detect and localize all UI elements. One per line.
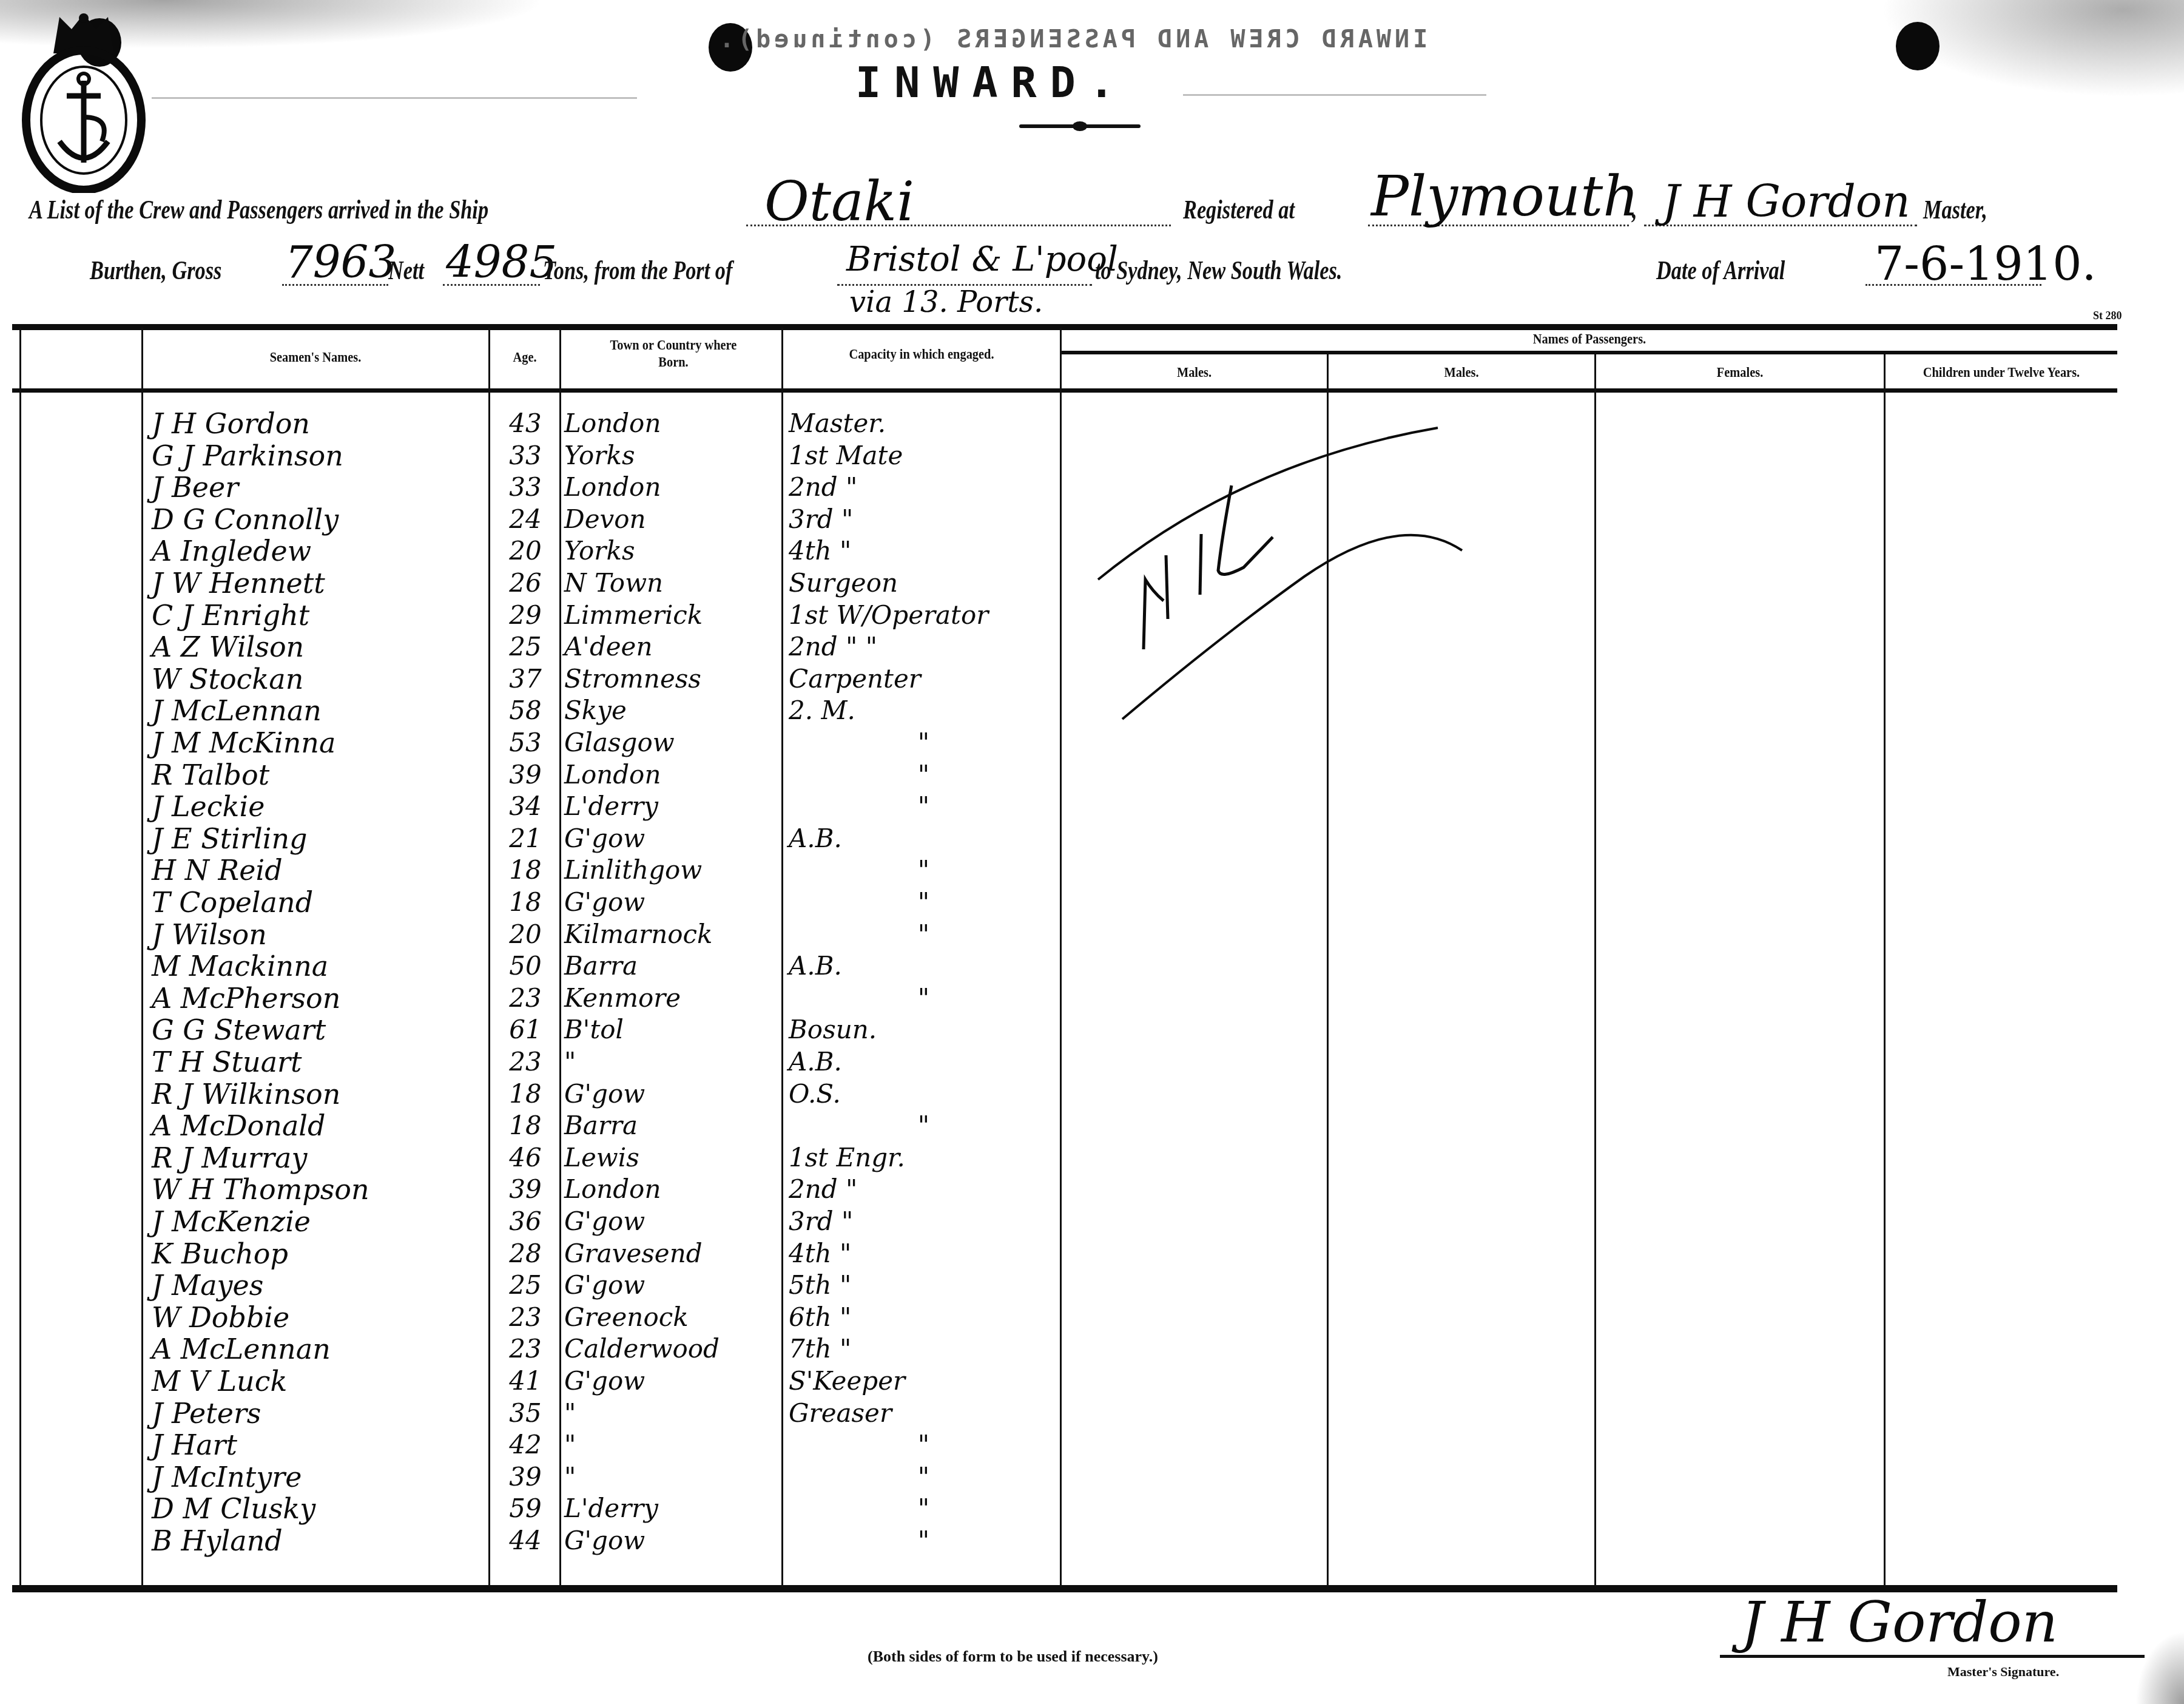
crew-birthplace: London — [564, 759, 780, 791]
crew-capacity: " — [789, 727, 1059, 759]
crew-age: 43 — [493, 408, 558, 439]
crew-age: 35 — [493, 1398, 558, 1429]
header-names-of-passengers: Names of Passengers. — [1141, 331, 2038, 348]
crew-capacity: " — [789, 759, 1059, 791]
crew-name: J M McKinna — [152, 727, 491, 759]
ghost-rule — [152, 97, 637, 99]
destination-label: to Sydney, New South Wales. — [1095, 255, 1342, 286]
crew-name: M Mackinna — [152, 950, 491, 982]
crew-age: 42 — [493, 1429, 558, 1461]
crew-name: J Leckie — [152, 791, 491, 822]
crew-capacity: 2. M. — [789, 695, 1059, 726]
crew-birthplace: Kilmarnock — [564, 919, 780, 950]
crew-name: K Buchop — [152, 1238, 491, 1270]
crew-name: R J Wilkinson — [152, 1078, 491, 1110]
crew-age: 44 — [493, 1525, 558, 1557]
crew-capacity: O.S. — [789, 1078, 1059, 1110]
crew-name: M V Luck — [152, 1365, 491, 1397]
crew-name: J E Stirling — [152, 823, 491, 854]
crew-capacity: " — [789, 1429, 1059, 1461]
crew-capacity: " — [789, 791, 1059, 822]
table-row: J Mayes25G'gow5th " — [0, 1270, 2184, 1301]
arrival-label: Date of Arrival — [1656, 255, 1785, 286]
crew-capacity: 6th " — [789, 1302, 1059, 1333]
arrival-date: 7-6-1910. — [1875, 237, 2097, 291]
crew-capacity: " — [789, 982, 1059, 1014]
crew-name: J McLennan — [152, 695, 491, 726]
crew-capacity: " — [789, 887, 1059, 918]
header-females: Females. — [1618, 364, 1862, 381]
crew-capacity: " — [789, 1461, 1059, 1493]
crew-age: 39 — [493, 1461, 558, 1493]
crew-name: J H Gordon — [152, 408, 491, 439]
crew-age: 33 — [493, 440, 558, 472]
crew-capacity: 2nd " " — [789, 631, 1059, 663]
crew-capacity: " — [789, 1525, 1059, 1557]
crew-age: 36 — [493, 1206, 558, 1237]
crew-birthplace: L'derry — [564, 791, 780, 822]
crew-capacity: S'Keeper — [789, 1365, 1059, 1397]
crew-birthplace: L'derry — [564, 1493, 780, 1524]
crew-age: 34 — [493, 791, 558, 822]
crew-age: 23 — [493, 1046, 558, 1078]
crew-age: 24 — [493, 504, 558, 535]
crew-birthplace: " — [564, 1398, 780, 1429]
crew-birthplace: G'gow — [564, 823, 780, 854]
header-males-2: Males. — [1349, 364, 1574, 381]
crew-capacity: 2nd " — [789, 472, 1059, 503]
table-header-rule — [12, 388, 2117, 393]
table-row: T H Stuart23"A.B. — [0, 1046, 2184, 1078]
crew-name: J Mayes — [152, 1270, 491, 1301]
crew-capacity: 2nd " — [789, 1174, 1059, 1205]
crew-age: 39 — [493, 759, 558, 791]
crew-name: T H Stuart — [152, 1046, 491, 1078]
header-age: Age. — [496, 349, 554, 366]
crew-age: 18 — [493, 854, 558, 886]
crew-birthplace: A'deen — [564, 631, 780, 663]
tons-port-label: Tons, from the Port of — [543, 255, 732, 286]
crew-birthplace: London — [564, 1174, 780, 1205]
ship-name: Otaki — [764, 170, 914, 234]
title-ornament-rule — [1019, 124, 1141, 128]
crew-birthplace: Yorks — [564, 535, 780, 567]
crew-age: 25 — [493, 631, 558, 663]
crew-capacity: " — [789, 854, 1059, 886]
crew-birthplace: G'gow — [564, 1206, 780, 1237]
crew-name: R Talbot — [152, 759, 491, 791]
table-top-rule — [12, 324, 2117, 330]
nett-tonnage: 4985 — [446, 237, 557, 288]
table-row: J McIntyre39"" — [0, 1461, 2184, 1493]
crew-name: A McDonald — [152, 1110, 491, 1141]
crew-capacity: 1st Mate — [789, 440, 1059, 472]
crew-age: 28 — [493, 1238, 558, 1270]
crew-birthplace: London — [564, 408, 780, 439]
registered-label: Registered at — [1183, 194, 1295, 225]
crew-name: C J Enright — [152, 600, 491, 631]
table-row: A McDonald18Barra" — [0, 1110, 2184, 1141]
ghost-rule — [1183, 94, 1486, 96]
crew-birthplace: " — [564, 1429, 780, 1461]
crew-birthplace: Kenmore — [564, 982, 780, 1014]
crew-birthplace: Devon — [564, 504, 780, 535]
nett-label: Nett — [388, 255, 424, 286]
crew-name: H N Reid — [152, 854, 491, 886]
crew-birthplace: G'gow — [564, 1365, 780, 1397]
crew-capacity: A.B. — [789, 823, 1059, 854]
table-row: D M Clusky59L'derry" — [0, 1493, 2184, 1524]
crew-capacity: " — [789, 1493, 1059, 1524]
crew-name: G J Parkinson — [152, 440, 491, 472]
table-row: R J Murray46Lewis1st Engr. — [0, 1142, 2184, 1174]
crew-name: J Beer — [152, 472, 491, 503]
crew-birthplace: Yorks — [564, 440, 780, 472]
bleed-through-heading: INWARD CREW AND PASSENGERS (continued). — [716, 25, 1427, 53]
crew-age: 18 — [493, 1078, 558, 1110]
crew-name: J Hart — [152, 1429, 491, 1461]
crew-name: A Z Wilson — [152, 631, 491, 663]
master-name: J H Gordon — [1662, 176, 1910, 227]
crew-age: 26 — [493, 567, 558, 599]
crew-birthplace: Barra — [564, 950, 780, 982]
registered-port: Plymouth — [1371, 164, 1639, 229]
gross-tonnage: 7963 — [285, 237, 396, 288]
crew-capacity: Bosun. — [789, 1014, 1059, 1046]
crew-birthplace: N Town — [564, 567, 780, 599]
crew-age: 50 — [493, 950, 558, 982]
table-row: M V Luck41G'gowS'Keeper — [0, 1365, 2184, 1397]
burthen-label: Burthen, Gross — [90, 255, 221, 286]
master-label: Master, — [1923, 194, 1987, 225]
crew-birthplace: G'gow — [564, 1270, 780, 1301]
table-row: A McLennan23Calderwood7th " — [0, 1333, 2184, 1365]
crew-name: W Stockan — [152, 663, 491, 695]
crew-age: 61 — [493, 1014, 558, 1046]
master-signature: J H Gordon — [1741, 1590, 2058, 1655]
crew-birthplace: Stromness — [564, 663, 780, 695]
header-born: Town or Country where Born. — [596, 337, 751, 371]
crew-capacity: Carpenter — [789, 663, 1059, 695]
nil-strike-mark — [1062, 425, 1911, 1032]
crew-capacity: 3rd " — [789, 504, 1059, 535]
crew-birthplace: " — [564, 1461, 780, 1493]
crew-age: 41 — [493, 1365, 558, 1397]
crew-birthplace: Skye — [564, 695, 780, 726]
crew-capacity: 1st Engr. — [789, 1142, 1059, 1174]
crew-name: W Dobbie — [152, 1302, 491, 1333]
header-seamens-names: Seamen's Names. — [169, 349, 463, 366]
crew-age: 39 — [493, 1174, 558, 1205]
header-line-1-label: A List of the Crew and Passengers arrive… — [29, 194, 488, 225]
punch-hole — [1896, 22, 1940, 70]
crew-birthplace: " — [564, 1046, 780, 1078]
crew-capacity: " — [789, 1110, 1059, 1141]
signature-line — [1720, 1655, 2145, 1658]
table-row: J Peters35"Greaser — [0, 1398, 2184, 1429]
crew-age: 18 — [493, 887, 558, 918]
crew-name: B Hyland — [152, 1525, 491, 1557]
crew-capacity: Greaser — [789, 1398, 1059, 1429]
crew-birthplace: Linlithgow — [564, 854, 780, 886]
crew-birthplace: Greenock — [564, 1302, 780, 1333]
anchor-crown-seal-icon — [11, 11, 157, 193]
table-row: W H Thompson39London2nd " — [0, 1174, 2184, 1205]
crew-capacity: 4th " — [789, 535, 1059, 567]
crew-name: J McIntyre — [152, 1461, 491, 1493]
form-number: St 280 — [2093, 309, 2122, 322]
crew-birthplace: Lewis — [564, 1142, 780, 1174]
crew-name: J Peters — [152, 1398, 491, 1429]
crew-age: 23 — [493, 1333, 558, 1365]
table-row: W Dobbie23Greenock6th " — [0, 1302, 2184, 1333]
comma: , — [1632, 194, 1637, 225]
crew-birthplace: Limmerick — [564, 600, 780, 631]
crew-birthplace: G'gow — [564, 1078, 780, 1110]
crew-capacity: 5th " — [789, 1270, 1059, 1301]
form-title: INWARD. — [855, 58, 1128, 107]
crew-age: 58 — [493, 695, 558, 726]
crew-capacity: " — [789, 919, 1059, 950]
crew-name: A McPherson — [152, 982, 491, 1014]
crew-age: 25 — [493, 1270, 558, 1301]
crew-capacity: A.B. — [789, 1046, 1059, 1078]
crew-capacity: Master. — [789, 408, 1059, 439]
crew-birthplace: London — [564, 472, 780, 503]
header-capacity: Capacity in which engaged. — [804, 346, 1039, 363]
crew-capacity: 7th " — [789, 1333, 1059, 1365]
crew-capacity: 4th " — [789, 1238, 1059, 1270]
table-row: K Buchop28Gravesend4th " — [0, 1238, 2184, 1270]
crew-age: 37 — [493, 663, 558, 695]
crew-name: A Ingledew — [152, 535, 491, 567]
crew-birthplace: Gravesend — [564, 1238, 780, 1270]
passenger-group-rule — [1062, 351, 2117, 354]
crew-age: 20 — [493, 535, 558, 567]
crew-age: 18 — [493, 1110, 558, 1141]
crew-birthplace: Barra — [564, 1110, 780, 1141]
crew-age: 29 — [493, 600, 558, 631]
header-children: Children under Twelve Years. — [1903, 364, 2100, 381]
crew-name: W H Thompson — [152, 1174, 491, 1205]
crew-capacity: 3rd " — [789, 1206, 1059, 1237]
port-via: via 13. Ports. — [849, 285, 1043, 319]
table-row: R J Wilkinson18G'gowO.S. — [0, 1078, 2184, 1110]
crew-name: G G Stewart — [152, 1014, 491, 1046]
signature-label: Master's Signature. — [1947, 1664, 2059, 1680]
crew-name: D G Connolly — [152, 504, 491, 535]
crew-name: J McKenzie — [152, 1206, 491, 1237]
crew-age: 53 — [493, 727, 558, 759]
crew-birthplace: G'gow — [564, 887, 780, 918]
crew-capacity: Surgeon — [789, 567, 1059, 599]
crew-name: R J Murray — [152, 1142, 491, 1174]
crew-age: 23 — [493, 1302, 558, 1333]
footer-note: (Both sides of form to be used if necess… — [868, 1648, 1158, 1666]
crew-birthplace: Calderwood — [564, 1333, 780, 1365]
port-from: Bristol & L'pool — [846, 240, 1118, 279]
crew-name: J Wilson — [152, 919, 491, 950]
table-row: J McKenzie36G'gow3rd " — [0, 1206, 2184, 1237]
crew-birthplace: G'gow — [564, 1525, 780, 1557]
crew-capacity: A.B. — [789, 950, 1059, 982]
crew-age: 20 — [493, 919, 558, 950]
header-males-1: Males. — [1082, 364, 1307, 381]
table-row: J Hart42"" — [0, 1429, 2184, 1461]
crew-age: 59 — [493, 1493, 558, 1524]
crew-age: 21 — [493, 823, 558, 854]
crew-birthplace: B'tol — [564, 1014, 780, 1046]
crew-age: 33 — [493, 472, 558, 503]
crew-age: 23 — [493, 982, 558, 1014]
crew-birthplace: Glasgow — [564, 727, 780, 759]
crew-age: 46 — [493, 1142, 558, 1174]
crew-name: A McLennan — [152, 1333, 491, 1365]
crew-name: J W Hennett — [152, 567, 491, 599]
scan-smudge — [2135, 1631, 2184, 1704]
crew-capacity: 1st W/Operator — [789, 600, 1059, 631]
crew-name: D M Clusky — [152, 1493, 491, 1524]
table-row: B Hyland44G'gow" — [0, 1525, 2184, 1557]
crew-name: T Copeland — [152, 887, 491, 918]
